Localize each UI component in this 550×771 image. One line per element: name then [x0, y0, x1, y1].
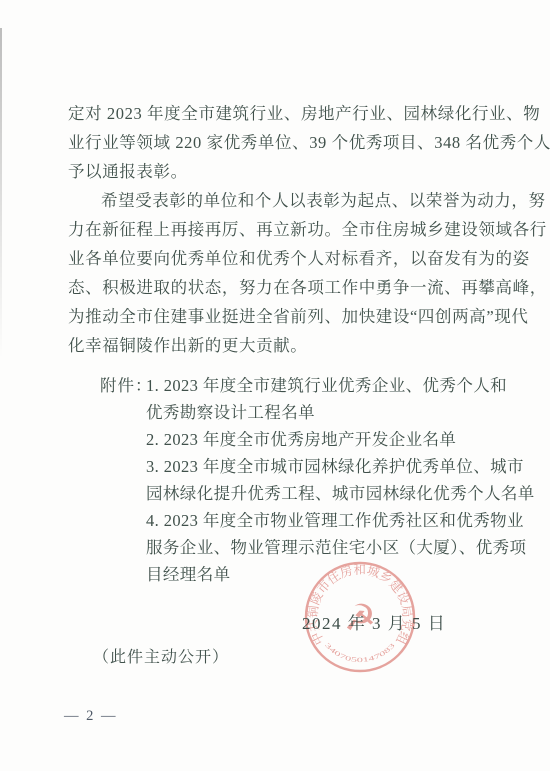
body-text-line: 化幸福铜陵作出新的更大贡献。 [68, 331, 550, 360]
body-text-line: 为推动全市住建事业挺进全省前列、加快建设“四创两高”现代 [68, 302, 550, 331]
document-date: 2024 年 3 月 5 日 [302, 609, 446, 634]
body-text-line: 态、积极进取的状态，努力在各项工作中勇争一流、再攀高峰， [68, 273, 550, 302]
seal-code: 3407050147083 [323, 642, 396, 664]
attachment-item: 优秀勘察设计工程名单 [146, 399, 315, 426]
disclosure-note: （此件主动公开） [93, 644, 229, 667]
scan-edge-artifact [0, 28, 2, 358]
page-number: — 2 — [64, 708, 118, 725]
body-text-line: 定对 2023 年度全市建筑行业、房地产行业、园林绿化行业、物 [68, 99, 550, 128]
attachment-item: 3. 2023 年度全市城市园林绿化养护优秀单位、城市 [146, 453, 524, 480]
body-text-line: 业各单位要向优秀单位和优秀个人对标看齐，以奋发有为的姿 [68, 244, 550, 273]
attachment-item: 园林绿化提升优秀工程、城市园林绿化优秀个人名单 [146, 480, 535, 507]
attachment-item: 1. 2023 年度全市建筑行业优秀企业、优秀个人和 [146, 372, 507, 399]
attachment-item: 4. 2023 年度全市物业管理工作优秀社区和优秀物业 [146, 507, 524, 534]
body-text-line: 希望受表彰的单位和个人以表彰为起点、以荣誉为动力，努 [68, 186, 550, 215]
scanned-document-page: 定对 2023 年度全市建筑行业、房地产行业、园林绿化行业、物 业行业等领域 2… [0, 0, 550, 771]
attachment-item: 2. 2023 年度全市优秀房地产开发企业名单 [146, 426, 456, 453]
body-text-line: 予以通报表彰。 [68, 157, 550, 186]
attachment-label: 附件： [100, 372, 153, 399]
body-text-line: 力在新征程上再接再厉、再立新功。全市住房城乡建设领域各行 [68, 215, 550, 244]
body-text: 定对 2023 年度全市建筑行业、房地产行业、园林绿化行业、物 业行业等领域 2… [68, 99, 550, 360]
attachment-item: 目经理名单 [146, 561, 231, 588]
body-text-line: 业行业等领域 220 家优秀单位、39 个优秀项目、348 名优秀个人 [68, 128, 550, 157]
